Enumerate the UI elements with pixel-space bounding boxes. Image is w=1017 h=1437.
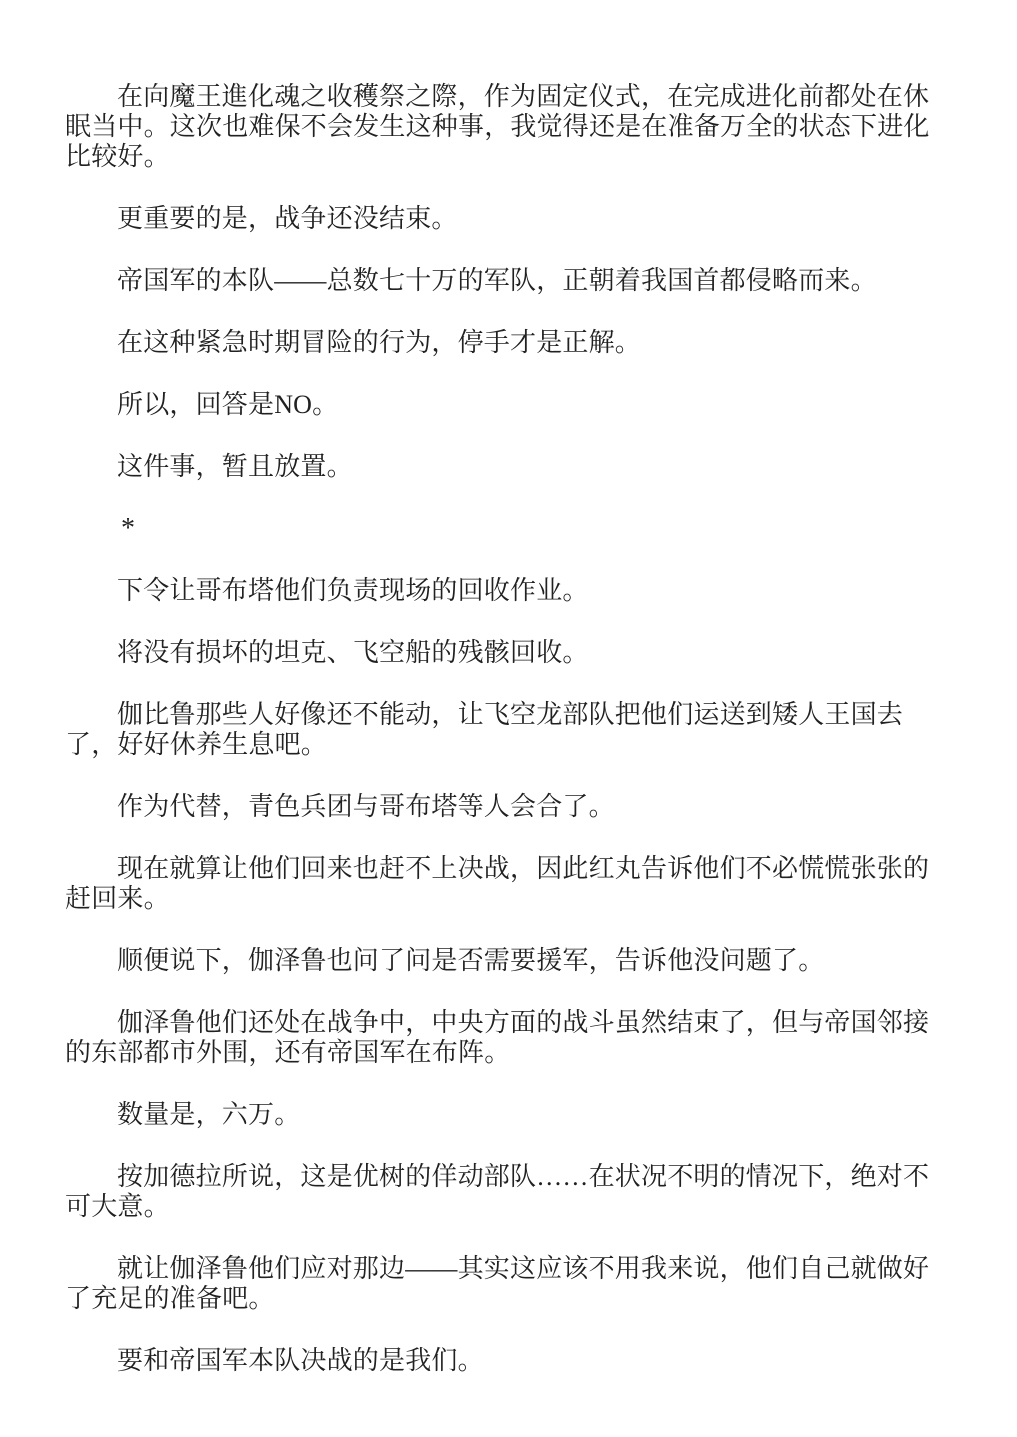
text-line: 按加德拉所说，这是优树的佯动部队……在状况不明的情况下，绝对不 (117, 1162, 929, 1191)
text-line: 在向魔王進化魂之收穫祭之際，作为固定仪式，在完成进化前都处在休 (117, 82, 929, 111)
paragraph: 伽比鲁那些人好像还不能动，让飞空龙部队把他们运送到矮人王国去了，好好休养生息吧。 (65, 700, 939, 760)
text-line: 更重要的是，战争还没结束。 (117, 204, 458, 233)
text-line: 就让伽泽鲁他们应对那边——其实这应该不用我来说，他们自己就做好 (117, 1254, 929, 1283)
paragraph: 在向魔王進化魂之收穫祭之際，作为固定仪式，在完成进化前都处在休眠当中。这次也难保… (65, 82, 939, 172)
novel-text-content: 在向魔王進化魂之收穫祭之際，作为固定仪式，在完成进化前都处在休眠当中。这次也难保… (65, 82, 939, 1376)
text-line: 顺便说下，伽泽鲁也问了问是否需要援军，告诉他没问题了。 (117, 946, 824, 975)
text-line: 下令让哥布塔他们负责现场的回收作业。 (117, 576, 589, 605)
text-line: 作为代替，青色兵团与哥布塔等人会合了。 (117, 792, 615, 821)
text-line: 数量是，六万。 (117, 1100, 300, 1129)
paragraph: 将没有损坏的坦克、飞空船的残骸回收。 (65, 638, 939, 668)
paragraph: 按加德拉所说，这是优树的佯动部队……在状况不明的情况下，绝对不可大意。 (65, 1162, 939, 1222)
text-line: 伽泽鲁他们还处在战争中，中央方面的战斗虽然结束了，但与帝国邻接 (117, 1008, 929, 1037)
text-line: 这件事，暂且放置。 (117, 452, 353, 481)
text-line: 了，好好休养生息吧。 (65, 730, 327, 759)
paragraph: 更重要的是，战争还没结束。 (65, 204, 939, 234)
paragraph: 数量是，六万。 (65, 1100, 939, 1130)
text-line: 在这种紧急时期冒险的行为，停手才是正解。 (117, 328, 641, 357)
paragraph: 作为代替，青色兵团与哥布塔等人会合了。 (65, 792, 939, 822)
text-line: 比较好。 (65, 142, 170, 171)
paragraph: 在这种紧急时期冒险的行为，停手才是正解。 (65, 328, 939, 358)
paragraph: 帝国军的本队——总数七十万的军队，正朝着我国首都侵略而来。 (65, 266, 939, 296)
text-line: 可大意。 (65, 1192, 170, 1221)
text-line: 伽比鲁那些人好像还不能动，让飞空龙部队把他们运送到矮人王国去 (117, 700, 903, 729)
section-separator: * (65, 514, 939, 544)
text-line: 帝国军的本队——总数七十万的军队，正朝着我国首都侵略而来。 (117, 266, 877, 295)
paragraph: 这件事，暂且放置。 (65, 452, 939, 482)
text-line: 赶回来。 (65, 884, 170, 913)
novel-page: 在向魔王進化魂之收穫祭之際，作为固定仪式，在完成进化前都处在休眠当中。这次也难保… (0, 0, 1017, 1437)
paragraph: 所以，回答是NO。 (65, 390, 939, 420)
text-line: 将没有损坏的坦克、飞空船的残骸回收。 (117, 638, 589, 667)
text-line: 的东部都市外围，还有帝国军在布阵。 (65, 1038, 510, 1067)
separator-glyph: * (121, 513, 135, 544)
text-line: 了充足的准备吧。 (65, 1284, 275, 1313)
paragraph: 顺便说下，伽泽鲁也问了问是否需要援军，告诉他没问题了。 (65, 946, 939, 976)
paragraph: 伽泽鲁他们还处在战争中，中央方面的战斗虽然结束了，但与帝国邻接的东部都市外围，还… (65, 1008, 939, 1068)
paragraph: 现在就算让他们回来也赶不上决战，因此红丸告诉他们不必慌慌张张的赶回来。 (65, 854, 939, 914)
text-line: 眠当中。这次也难保不会发生这种事，我觉得还是在准备万全的状态下进化 (65, 112, 930, 141)
text-line: 所以，回答是NO。 (117, 390, 338, 419)
text-line: 要和帝国军本队决战的是我们。 (117, 1346, 484, 1375)
paragraph: 下令让哥布塔他们负责现场的回收作业。 (65, 576, 939, 606)
paragraph: 要和帝国军本队决战的是我们。 (65, 1346, 939, 1376)
text-line: 现在就算让他们回来也赶不上决战，因此红丸告诉他们不必慌慌张张的 (117, 854, 929, 883)
paragraph: 就让伽泽鲁他们应对那边——其实这应该不用我来说，他们自己就做好了充足的准备吧。 (65, 1254, 939, 1314)
